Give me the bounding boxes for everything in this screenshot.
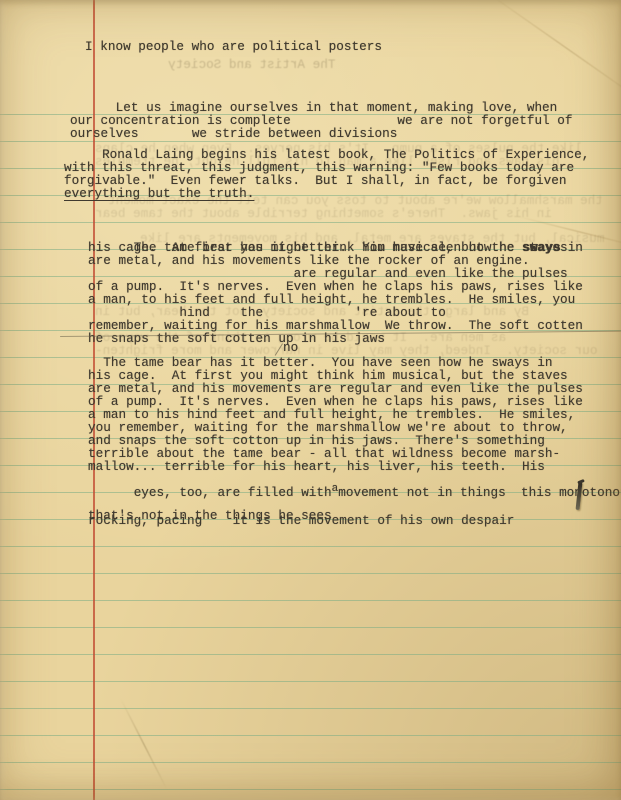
typed-text: eyes, too, are filled with [134, 485, 332, 500]
paragraph-imagine: Let us imagine ourselves in that moment,… [70, 101, 573, 140]
manuscript-page: The Artist and Society like the pulses o… [0, 0, 621, 800]
typed-line: mallow... terrible for his heart, his li… [88, 460, 583, 473]
bleedthrough-title: The Artist and Society [168, 58, 336, 71]
paragraph-bear-draft1: his cage. At first you might think him m… [88, 241, 583, 345]
typed-line: ourselves we stride between divisions [70, 127, 573, 140]
rejection-note: no [283, 341, 298, 354]
paper-crease [481, 0, 621, 109]
typed-line: everything but the truth. [64, 187, 589, 200]
paragraph-bear-draft2: The tame bear has it better. You have se… [88, 356, 583, 473]
paper-crease [120, 698, 168, 791]
closing-line: that's not in the things he sees [88, 509, 332, 522]
paragraph-laing: Ronald Laing begins his latest book, The… [64, 148, 589, 200]
superscript-insertion: a [332, 483, 339, 495]
heading-line: I know people who are political posters [85, 40, 382, 53]
bleedthrough-line: in his jaws. There's something terrible … [95, 207, 552, 220]
